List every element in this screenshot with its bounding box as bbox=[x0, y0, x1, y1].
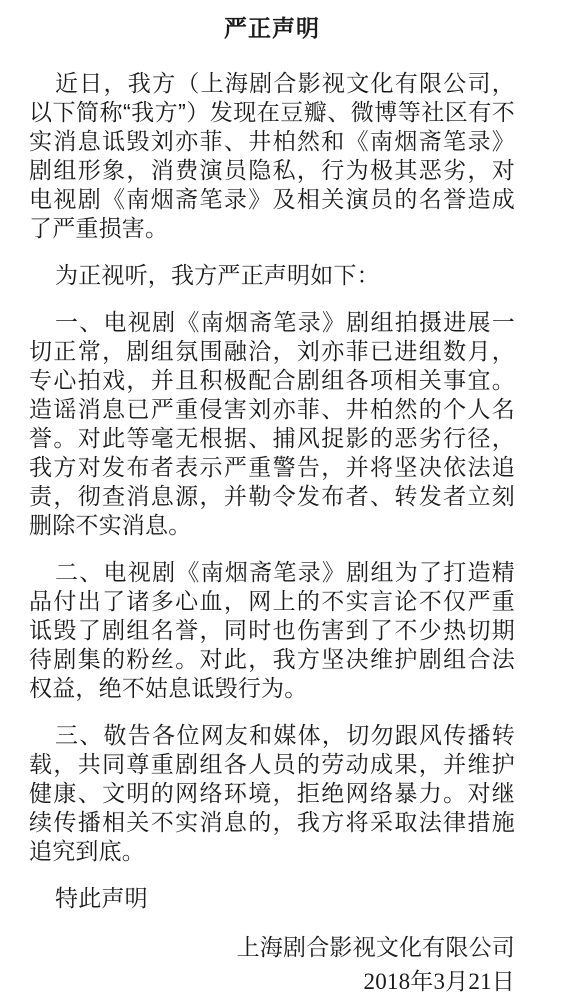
statement-item-2: 二、电视剧《南烟斋笔录》剧组为了打造精品付出了诸多心血，网上的不实言论不仅严重诋… bbox=[29, 558, 515, 703]
intro-paragraph: 近日，我方（上海剧合影视文化有限公司，以下简称“我方”）发现在豆瓣、微博等社区有… bbox=[29, 69, 515, 243]
closing-statement: 特此声明 bbox=[29, 884, 515, 913]
statement-document: 严正声明 近日，我方（上海剧合影视文化有限公司，以下简称“我方”）发现在豆瓣、微… bbox=[0, 0, 573, 1008]
statement-item-1: 一、电视剧《南烟斋笔录》剧组拍摄进展一切正常，剧组氛围融洽，刘亦菲已进组数月，专… bbox=[29, 308, 515, 540]
document-title: 严正声明 bbox=[29, 13, 515, 43]
statement-item-3: 三、敬告各位网友和媒体，切勿跟风传播转载，共同尊重剧组各人员的劳动成果，并维护健… bbox=[29, 721, 515, 866]
statement-date: 2018年3月21日 bbox=[29, 965, 515, 998]
company-name: 上海剧合影视文化有限公司 bbox=[29, 933, 515, 962]
signature-block: 上海剧合影视文化有限公司 2018年3月21日 bbox=[29, 933, 515, 998]
declaration-lead-paragraph: 为正视听，我方严正声明如下： bbox=[29, 261, 515, 290]
statement-page: { "page": { "background_color": "#ffffff… bbox=[0, 0, 573, 1008]
